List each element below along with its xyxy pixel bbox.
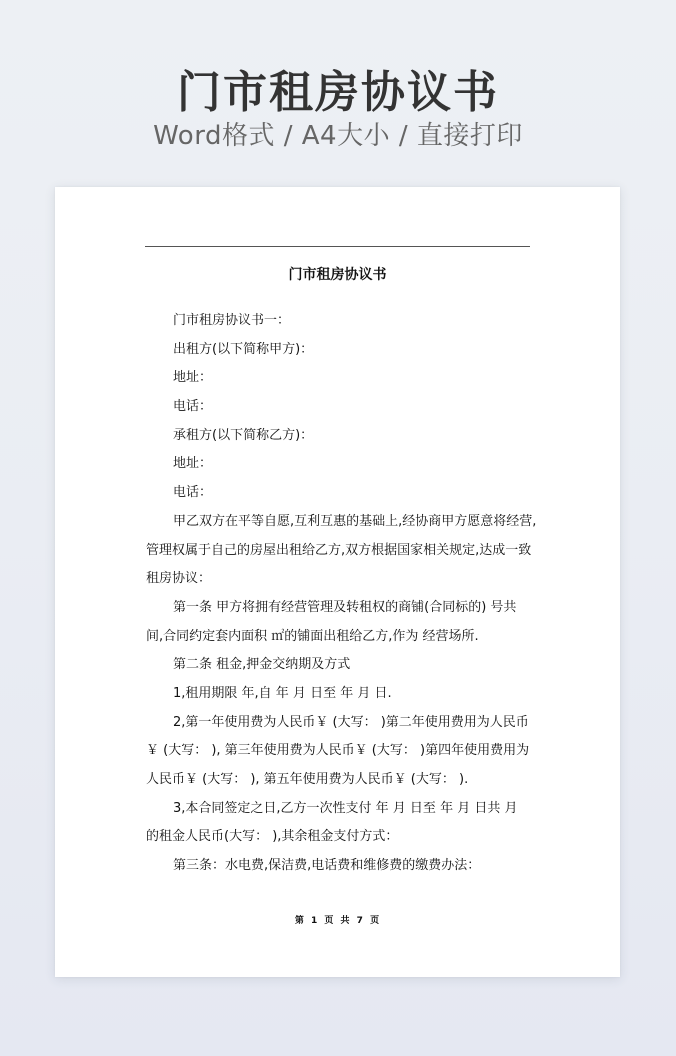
doc-line: 1,租用期限 年,自 年 月 日至 年 月 日. [146, 680, 532, 709]
doc-line: 3,本合同签定之日,乙方一次性支付 年 月 日至 年 月 日共 月 [146, 795, 532, 824]
doc-line: 承租方(以下简称乙方)： [146, 422, 532, 451]
doc-line: 门市租房协议书一： [146, 307, 532, 336]
doc-line: 出租方(以下简称甲方)： [146, 336, 532, 365]
doc-line: 第三条：水电费,保洁费,电话费和维修费的缴费办法： [146, 852, 532, 881]
doc-line: 人民币￥ (大写： ), 第五年使用费为人民币￥ (大写： ). [146, 766, 532, 795]
doc-line: 的租金人民币(大写： ),其余租金支付方式： [146, 823, 532, 852]
doc-line: 管理权属于自己的房屋出租给乙方,双方根据国家相关规定,达成一致 [146, 537, 532, 566]
hero-title: 门市租房协议书 [0, 64, 676, 122]
doc-line: 2,第一年使用费为人民币￥ (大写： )第二年使用费用为人民币 [146, 709, 532, 738]
page-number-footer: 第 1 页 共 7 页 [55, 913, 620, 926]
document-page: 门市租房协议书 门市租房协议书一： 出租方(以下简称甲方)： 地址： 电话： 承… [55, 187, 620, 977]
doc-line: 甲乙双方在平等自愿,互利互惠的基础上,经协商甲方愿意将经营, [146, 508, 532, 537]
doc-line: ￥ (大写： ), 第三年使用费为人民币￥ (大写： )第四年使用费用为 [146, 737, 532, 766]
doc-line: 地址： [146, 364, 532, 393]
doc-line: 电话： [146, 393, 532, 422]
doc-line: 电话： [146, 479, 532, 508]
document-body: 门市租房协议书一： 出租方(以下简称甲方)： 地址： 电话： 承租方(以下简称乙… [146, 307, 532, 881]
document-title: 门市租房协议书 [55, 265, 620, 285]
hero-subtitle: Word格式 / A4大小 / 直接打印 [0, 118, 676, 154]
doc-line: 第一条 甲方将拥有经营管理及转租权的商铺(合同标的) 号共 [146, 594, 532, 623]
doc-line: 租房协议： [146, 565, 532, 594]
doc-line: 第二条 租金,押金交纳期及方式 [146, 651, 532, 680]
doc-line: 地址： [146, 450, 532, 479]
header-rule [145, 246, 530, 247]
doc-line: 间,合同约定套内面积 ㎡的铺面出租给乙方,作为 经营场所. [146, 623, 532, 652]
